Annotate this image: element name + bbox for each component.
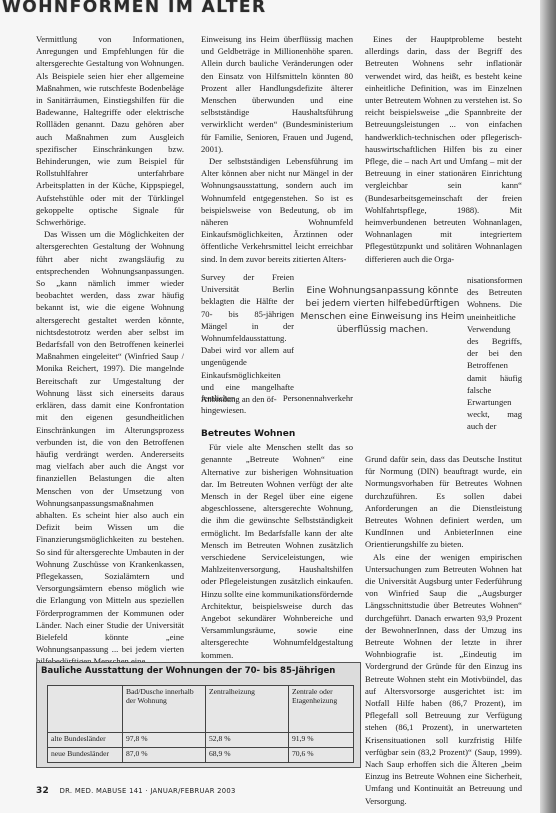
paragraph: Der selbstständigen Lebensführung im Alt…: [201, 155, 353, 265]
table-row: alte Bundesländer 97,8 % 52,8 % 91,9 %: [48, 733, 354, 748]
page-spine-shadow: [540, 0, 556, 813]
table-cell: 91,9 %: [289, 733, 354, 748]
paragraph: Vermittlung von Informationen, Anregunge…: [36, 33, 184, 228]
table-header-cell: Zentrale oder Etagenheizung: [289, 686, 354, 733]
table-header-row: Bad/Dusche innerhalb der Wohnung Zentral…: [48, 686, 354, 733]
page-footer: 32 DR. MED. MABUSE 141 · JANUAR/FEBRUAR …: [36, 786, 236, 796]
subheading: Betreutes Wohnen: [201, 428, 353, 440]
magazine-page: WOHNFORMEN IM ALTER Vermittlung von Info…: [0, 0, 540, 813]
table-title: Bauliche Ausstattung der Wohnungen der 7…: [37, 663, 360, 678]
table-cell: 97,8 %: [123, 733, 206, 748]
table-cell: neue Bundesländer: [48, 748, 123, 763]
column-3-top: Eines der Hauptprobleme besteht allerdin…: [365, 33, 522, 265]
page-number: 32: [36, 786, 49, 796]
paragraph: fentlichen Personennahverkehr hingewiese…: [201, 392, 353, 416]
section-title: WOHNFORMEN IM ALTER: [2, 0, 267, 17]
paragraph: Grund dafür sein, dass das Deutsche Inst…: [365, 453, 522, 551]
column-2-top: Einweisung ins Heim überflüssig machen u…: [201, 33, 353, 265]
paragraph: Einweisung ins Heim überflüssig machen u…: [201, 33, 353, 155]
table-cell: 87,0 %: [123, 748, 206, 763]
column-2-narrow: Survey der Freien Universität Berlin bek…: [201, 271, 294, 405]
data-table-box: Bauliche Ausstattung der Wohnungen der 7…: [36, 662, 361, 768]
paragraph: Survey der Freien Universität Berlin bek…: [201, 271, 294, 405]
data-table: Bad/Dusche innerhalb der Wohnung Zentral…: [47, 685, 354, 763]
paragraph: nisationsformen des Betreuten Wohnens. D…: [467, 274, 522, 433]
table-header-cell: [48, 686, 123, 733]
table-header-cell: Bad/Dusche innerhalb der Wohnung: [123, 686, 206, 733]
pull-quote: Eine Wohnungsanpassung könnte bei jedem …: [300, 285, 465, 337]
publication-line: DR. MED. MABUSE 141 · JANUAR/FEBRUAR 200…: [60, 787, 236, 795]
column-1: Vermittlung von Informationen, Anregunge…: [36, 33, 184, 668]
paragraph: Das Wissen um die Möglichkeiten der alte…: [36, 228, 184, 667]
table-cell: 52,8 %: [206, 733, 289, 748]
paragraph: Für viele alte Menschen stellt das so ge…: [201, 441, 353, 661]
table-header-cell: Zentralheizung: [206, 686, 289, 733]
column-3-bottom: Grund dafür sein, dass das Deutsche Inst…: [365, 453, 522, 807]
table-cell: alte Bundesländer: [48, 733, 123, 748]
table-cell: 68,9 %: [206, 748, 289, 763]
paragraph: Als eine der wenigen empirischen Untersu…: [365, 551, 522, 807]
table-row: neue Bundesländer 87,0 % 68,9 % 70,6 %: [48, 748, 354, 763]
column-2-bottom: Betreutes Wohnen Für viele alte Menschen…: [201, 424, 353, 661]
column-2-tail: fentlichen Personennahverkehr hingewiese…: [201, 392, 353, 416]
column-3-narrow: nisationsformen des Betreuten Wohnens. D…: [467, 274, 522, 433]
paragraph: Eines der Hauptprobleme besteht allerdin…: [365, 33, 522, 265]
table-cell: 70,6 %: [289, 748, 354, 763]
